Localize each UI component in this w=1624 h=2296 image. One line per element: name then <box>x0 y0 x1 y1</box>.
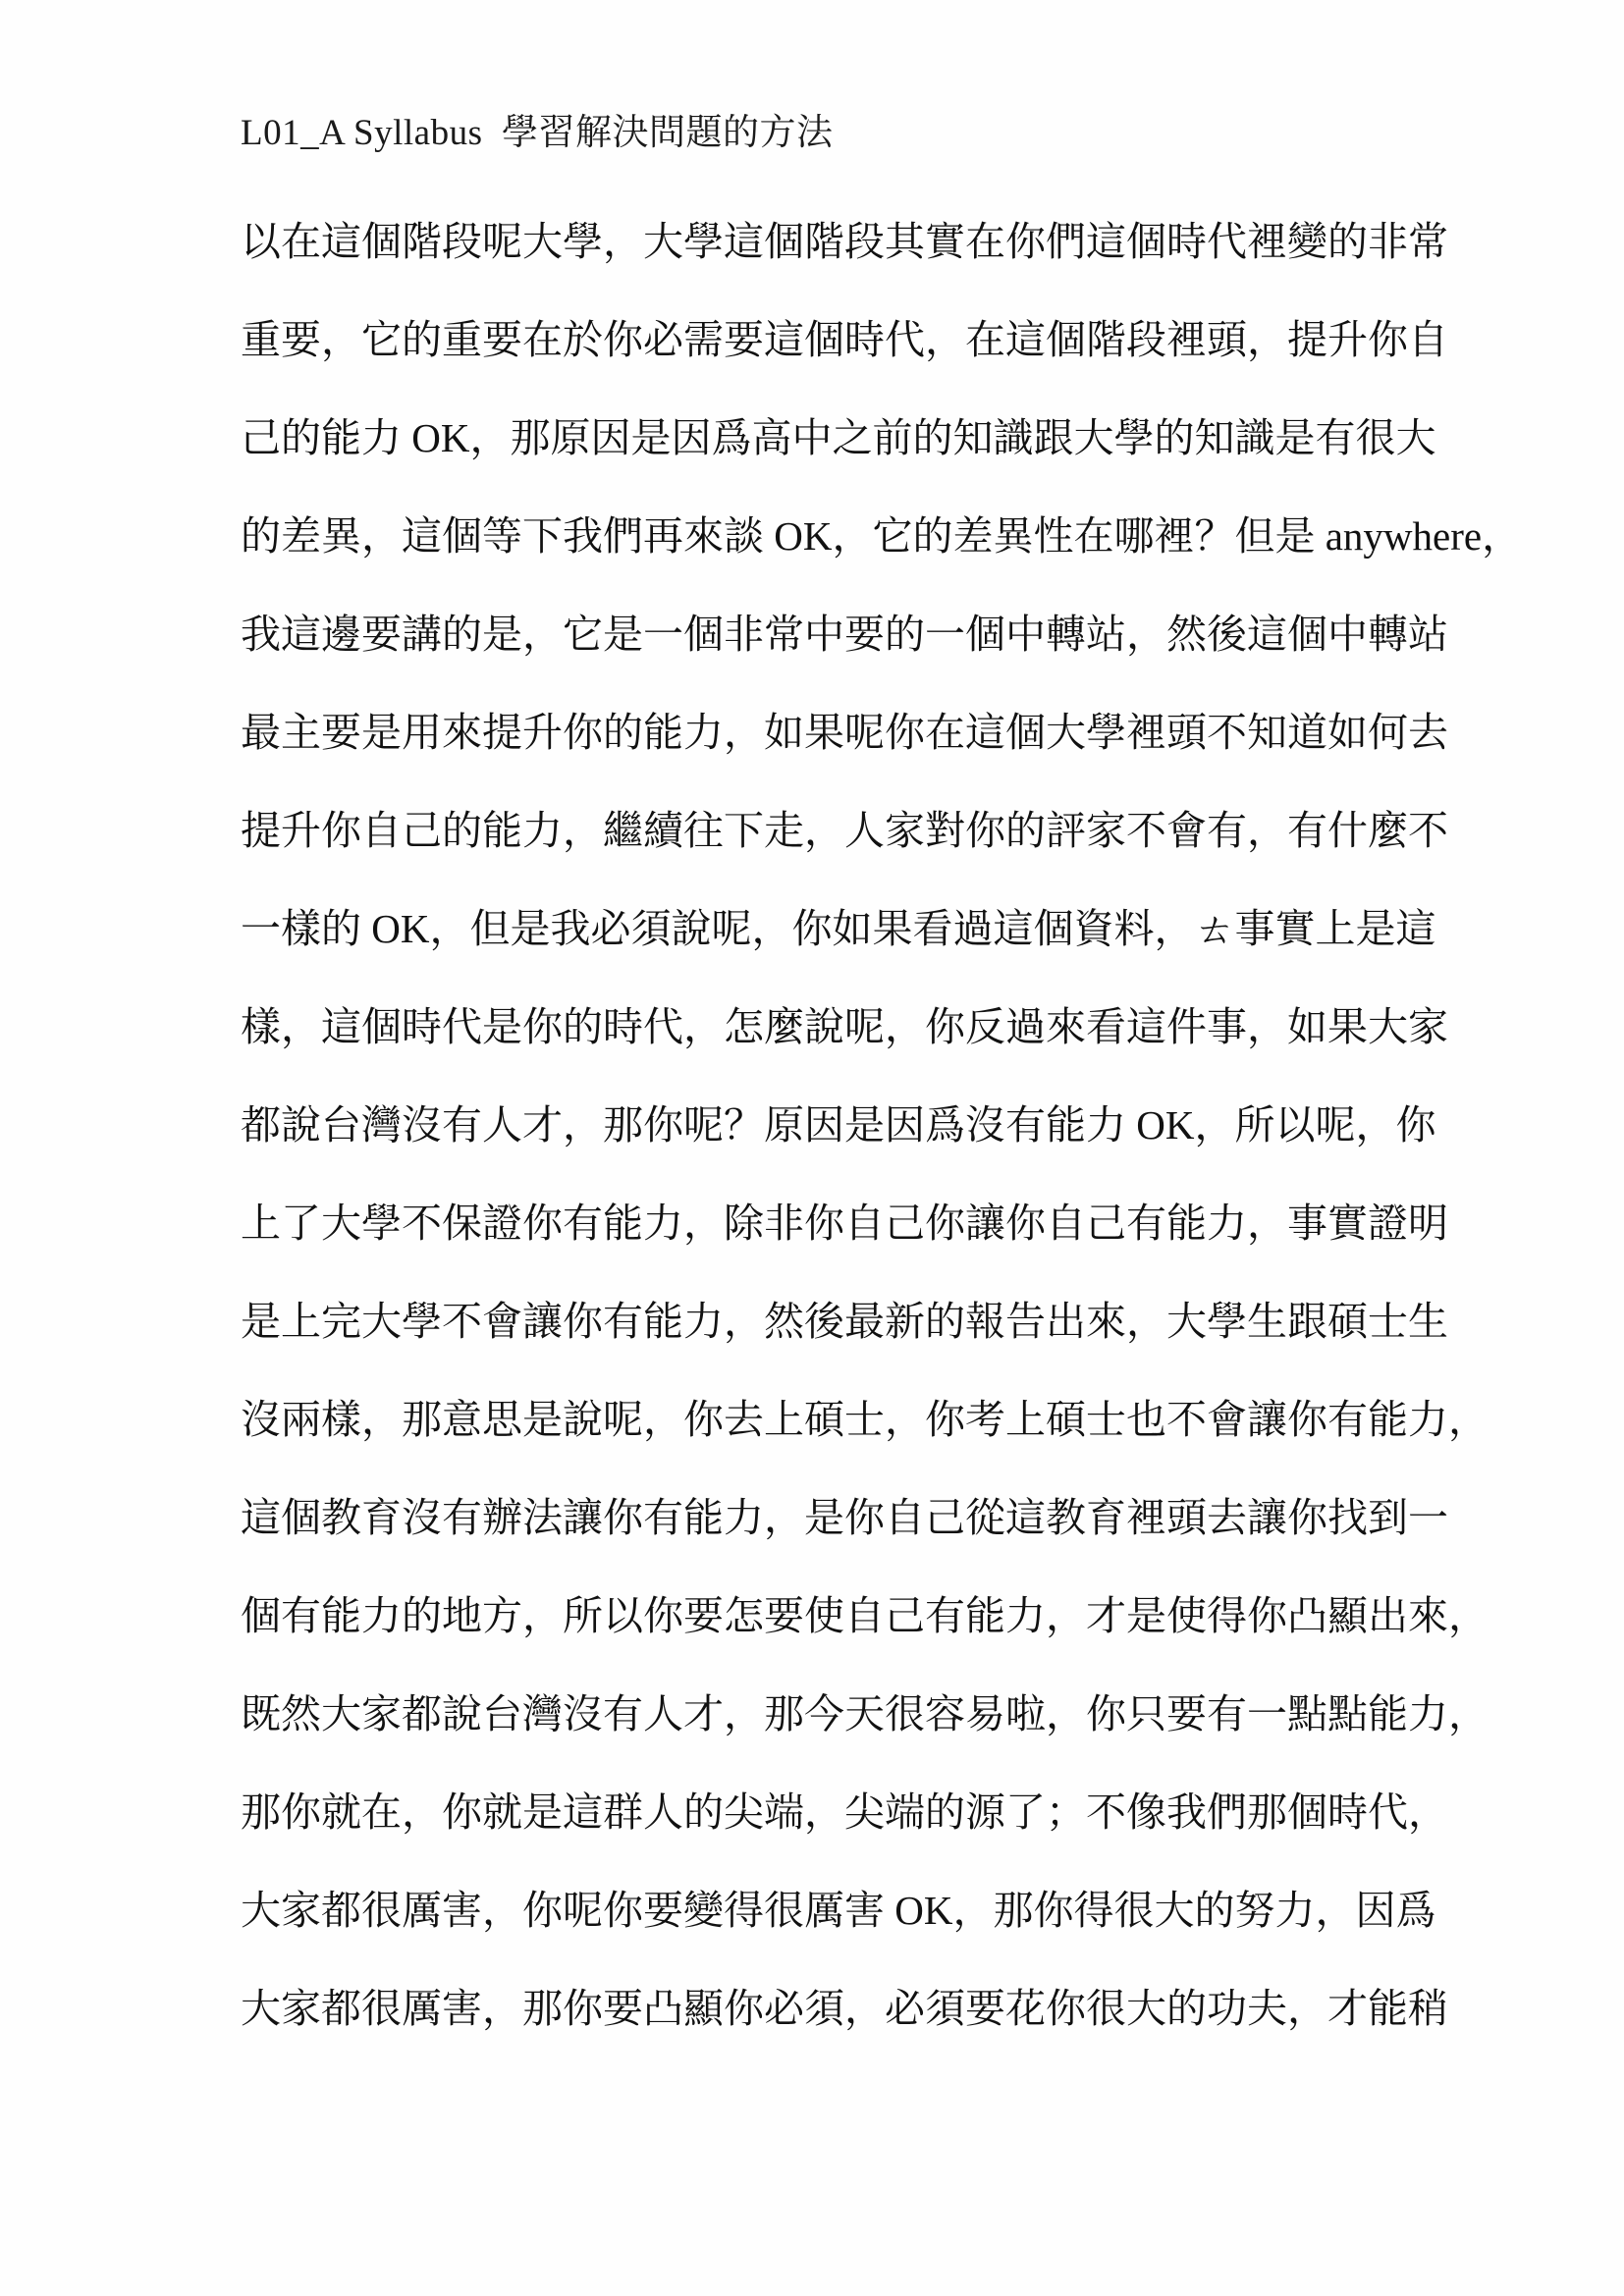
paragraph-line: 最主要是用來提升你的能力，如果呢你在這個大學裡頭不知道如何去 <box>241 683 1415 781</box>
paragraph-line: 沒兩樣，那意思是說呢，你去上碩士，你考上碩士也不會讓你有能力， <box>241 1370 1415 1468</box>
document-page: L01_A Syllabus 學習解決問題的方法 以在這個階段呢大學，大學這個階… <box>0 0 1624 2296</box>
paragraph-line: 是上完大學不會讓你有能力，然後最新的報告出來，大學生跟碩士生 <box>241 1272 1415 1370</box>
paragraph-line: 既然大家都說台灣沒有人才，那今天很容易啦，你只要有一點點能力， <box>241 1665 1415 1763</box>
paragraph-line: 重要，它的重要在於你必需要這個時代，在這個階段裡頭，提升你自 <box>241 291 1415 389</box>
paragraph-line: 大家都很厲害，那你要凸顯你必須，必須要花你很大的功夫，才能稍 <box>241 1959 1415 2057</box>
paragraph-line: 這個教育沒有辦法讓你有能力，是你自己從這教育裡頭去讓你找到一 <box>241 1468 1415 1567</box>
document-header-title: L01_A Syllabus 學習解決問題的方法 <box>241 110 1419 157</box>
paragraph-line: 那你就在，你就是這群人的尖端，尖端的源了；不像我們那個時代， <box>241 1763 1415 1861</box>
paragraph-line: 以在這個階段呢大學，大學這個階段其實在你們這個時代裡變的非常 <box>241 192 1415 291</box>
paragraph-line: 上了大學不保證你有能力，除非你自己你讓你自己有能力，事實證明 <box>241 1174 1415 1272</box>
paragraph-line: 提升你自己的能力，繼續往下走，人家對你的評家不會有，有什麼不 <box>241 781 1415 880</box>
paragraph-line: 樣，這個時代是你的時代，怎麼說呢，你反過來看這件事，如果大家 <box>241 978 1415 1076</box>
paragraph-line: 一樣的 OK，但是我必須說呢，你如果看過這個資料，ㄊ事實上是這 <box>241 880 1415 978</box>
paragraph-line: 我這邊要講的是，它是一個非常中要的一個中轉站，然後這個中轉站 <box>241 585 1415 683</box>
paragraph-line: 都說台灣沒有人才，那你呢？原因是因爲沒有能力 OK，所以呢，你 <box>241 1076 1415 1174</box>
paragraph-line: 的差異，這個等下我們再來談 OK，它的差異性在哪裡？但是 anywhere， <box>241 487 1415 585</box>
paragraph-line: 大家都很厲害，你呢你要變得很厲害 OK，那你得很大的努力，因爲 <box>241 1861 1415 1959</box>
paragraph-line: 己的能力 OK，那原因是因爲高中之前的知識跟大學的知識是有很大 <box>241 389 1415 487</box>
paragraph-line: 個有能力的地方，所以你要怎要使自己有能力，才是使得你凸顯出來， <box>241 1567 1415 1665</box>
document-body: 以在這個階段呢大學，大學這個階段其實在你們這個時代裡變的非常 重要，它的重要在於… <box>241 192 1415 2057</box>
